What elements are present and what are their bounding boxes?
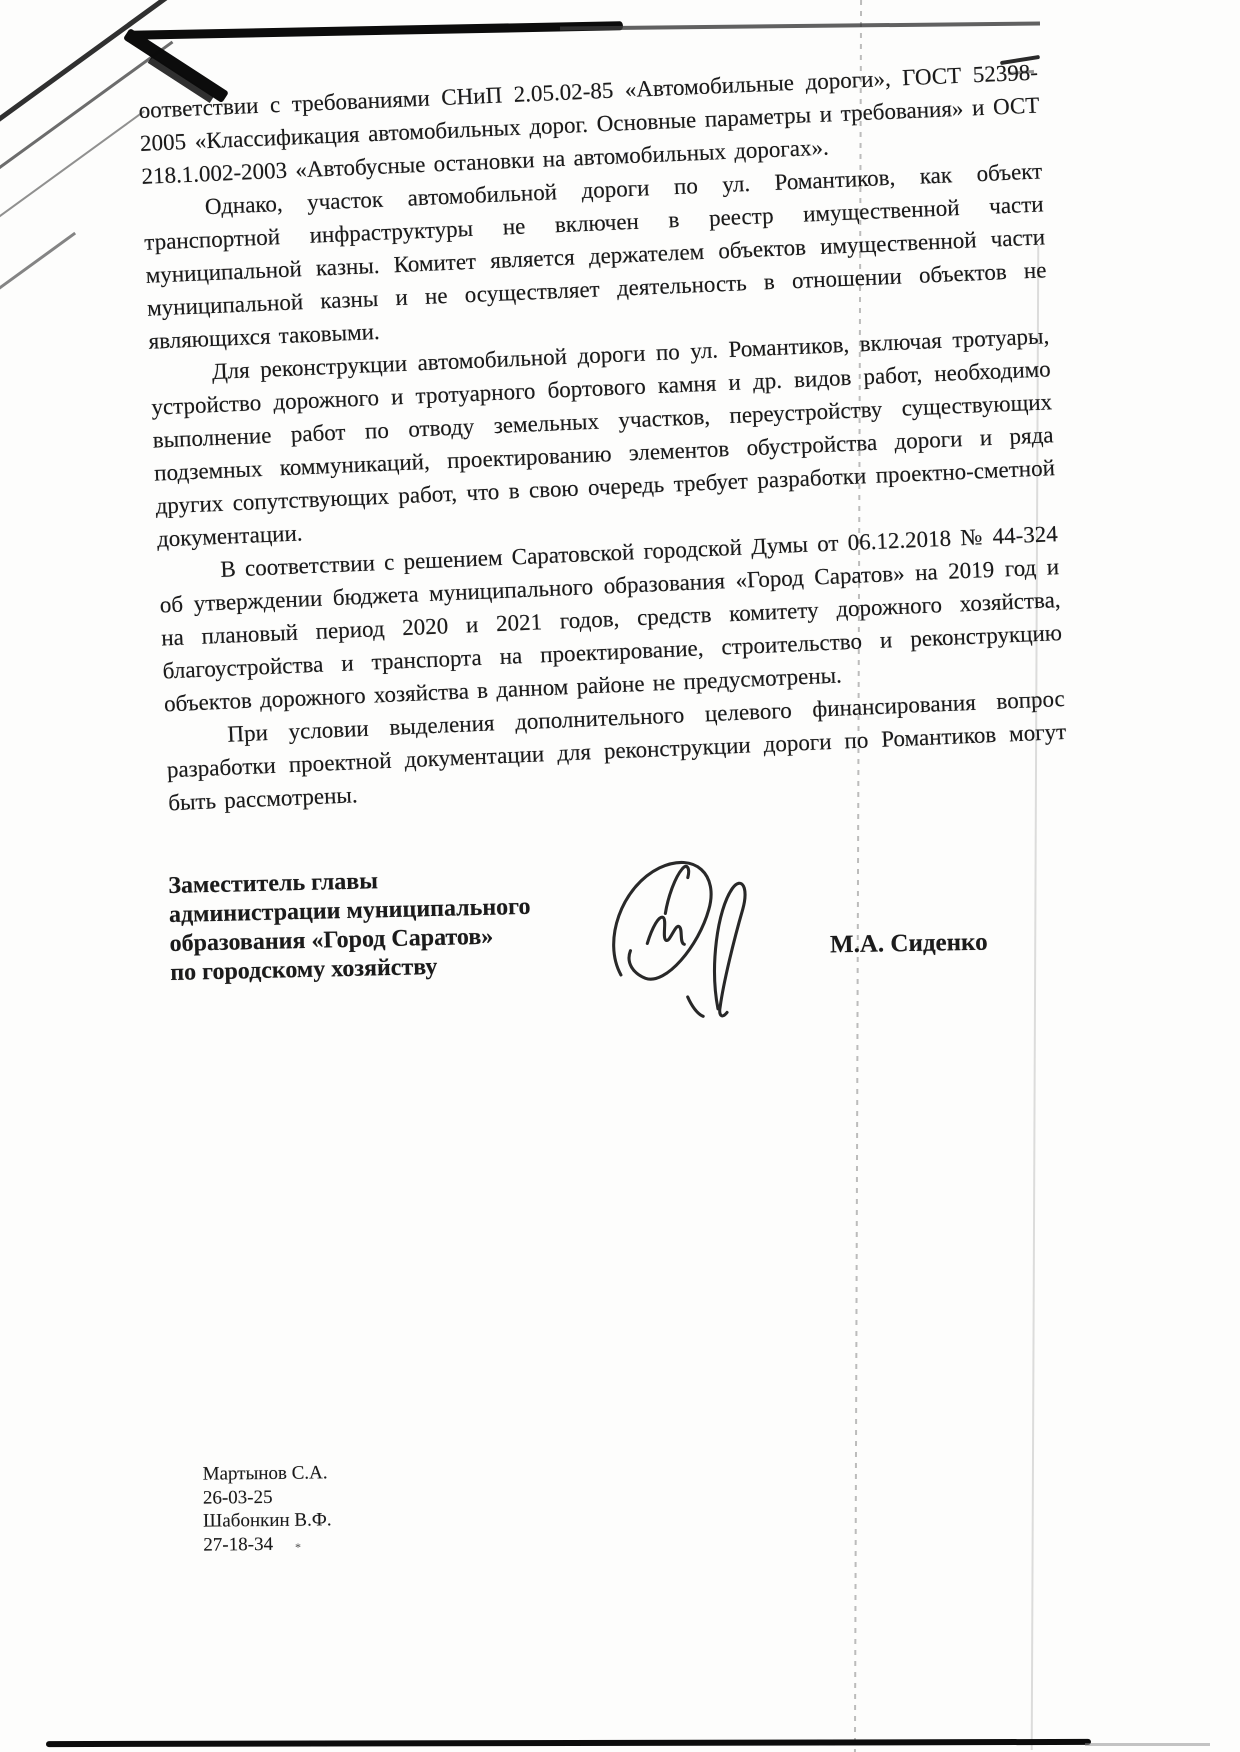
scan-top-edge-thin-line (560, 21, 1040, 30)
executor-contact-block: Мартынов С.А. 26-03-25 Шабонкин В.Ф. 27-… (203, 1461, 332, 1556)
executor-name: Мартынов С.А. (203, 1461, 332, 1486)
scanned-letter-page: оответствии с требованиями СНиП 2.05.02-… (0, 0, 1240, 1752)
scan-bottom-edge-tail (1085, 1743, 1210, 1746)
letter-body: оответствии с требованиями СНиП 2.05.02-… (138, 56, 1068, 820)
signatory-name: М.А. Сиденко (830, 929, 988, 960)
scan-top-edge-band (128, 21, 623, 40)
paragraph: Для реконструкции автомобильной дороги п… (149, 319, 1057, 555)
executor-phone: 26-03-25 (203, 1485, 332, 1510)
signatory-title-block: Заместитель главы администрации муниципа… (168, 862, 611, 988)
scan-bottom-edge-band (46, 1739, 1091, 1747)
scan-corner-streak (0, 110, 145, 262)
scan-corner-streak (0, 232, 76, 311)
executor-phone: 27-18-34 (203, 1532, 332, 1557)
executor-name: Шабонкин В.Ф. (203, 1508, 332, 1533)
handwritten-signature (593, 838, 792, 1033)
scan-speck: * (295, 1540, 301, 1555)
